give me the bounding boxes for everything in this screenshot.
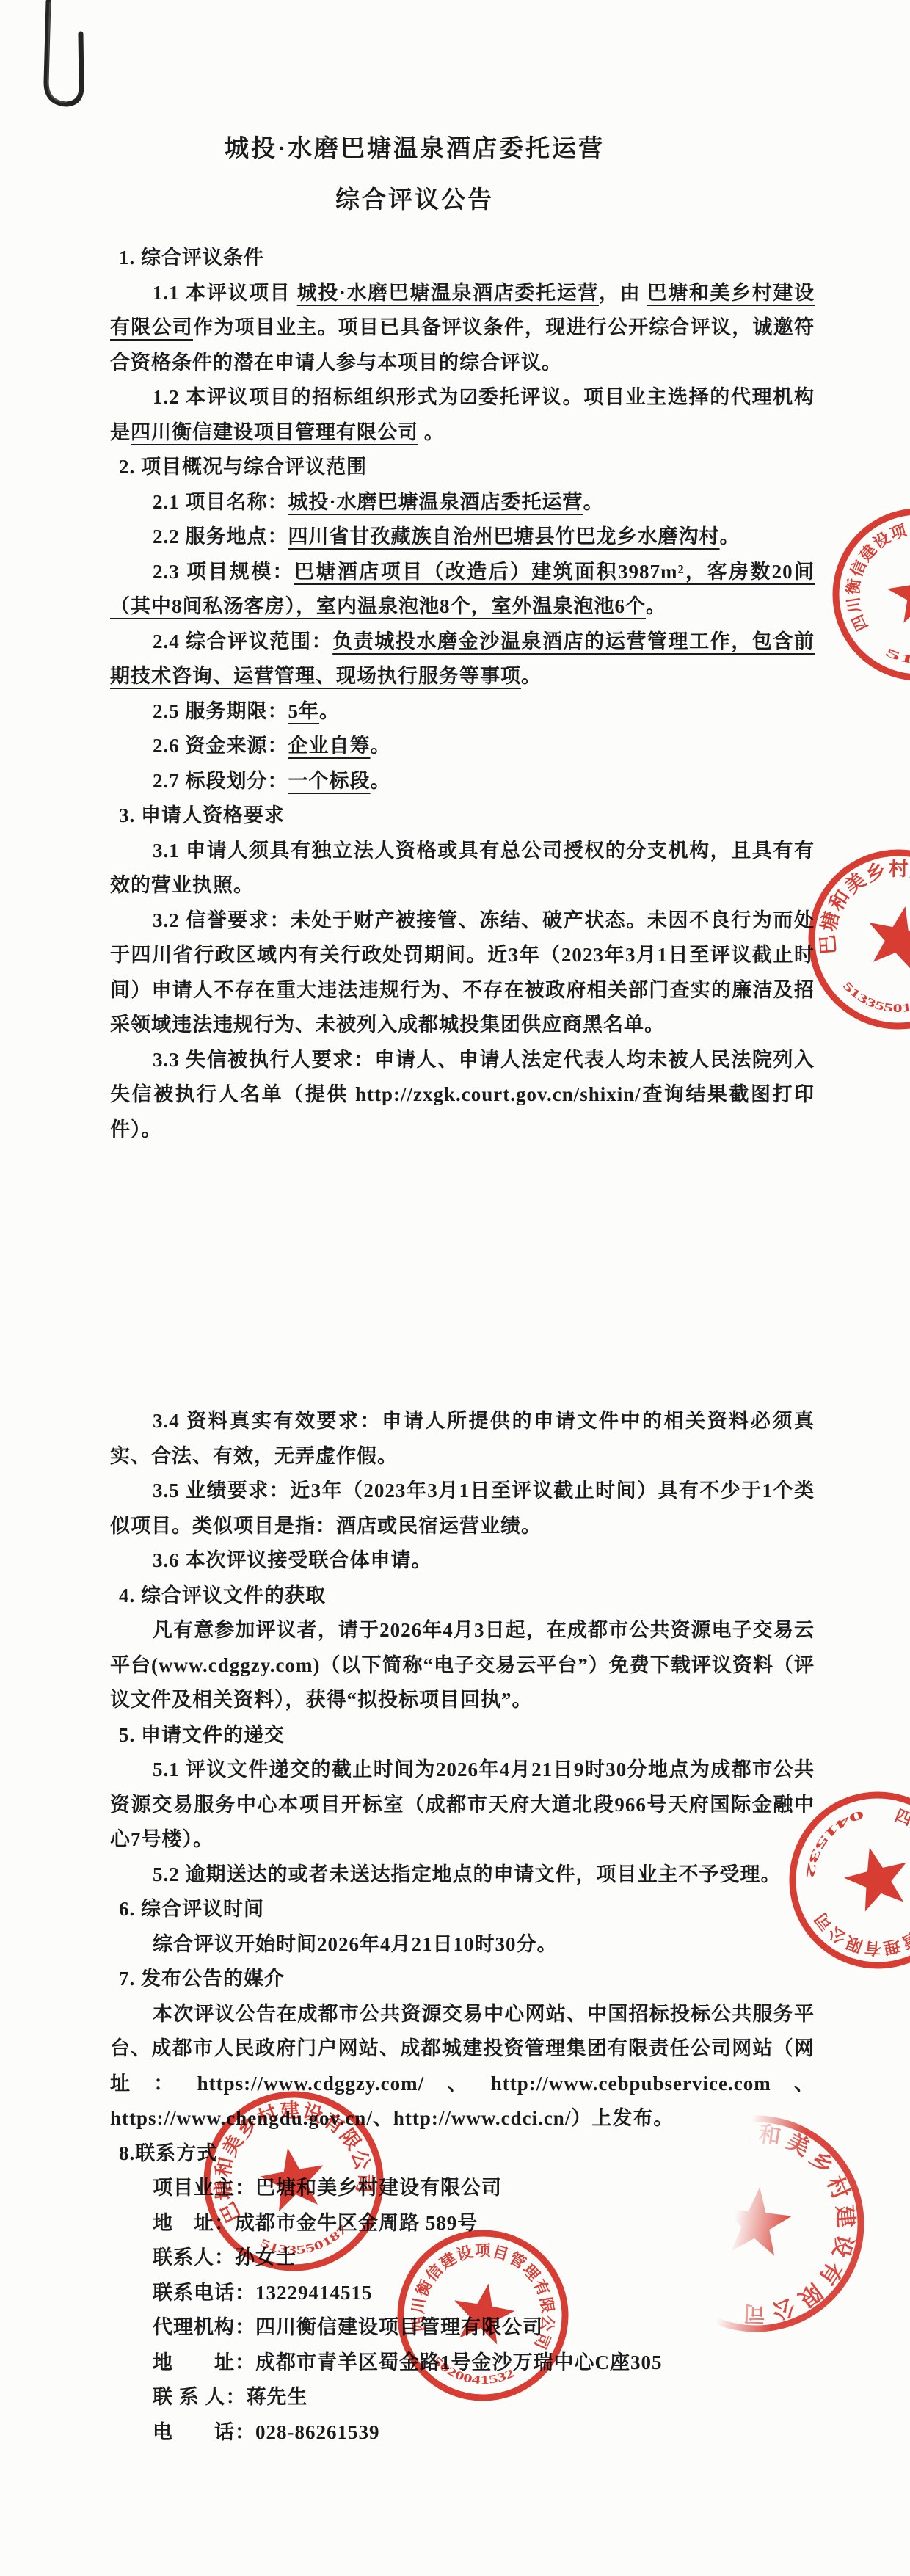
paragraph-11: 3.2 信誉要求：未处于财产被接管、冻结、破产状态。未因不良行为而处于四川省行政…: [110, 903, 815, 1043]
text-segment: 地 址：成都市金牛区金周路 589号: [153, 2212, 478, 2234]
text-segment: 。: [720, 525, 740, 547]
text-segment: 1.1 本评议项目: [153, 282, 297, 304]
text-segment: 企业自筹: [288, 735, 371, 757]
section-heading-5: 5. 申请文件的递交: [110, 1718, 815, 1753]
text-segment: 凡有意参加评议者，请于2026年4月3日起，在成都市公共资源电子交易云平台(ww…: [110, 1619, 815, 1711]
contact-line-1: 项目业主：巴塘和美乡村建设有限公司: [110, 2171, 815, 2206]
svg-text:四川衡信建设项目管理有限公司: 四川衡信建设项目管理有限公司: [835, 510, 910, 634]
announcement-document: 城投·水磨巴塘温泉酒店委托运营 综合评议公告 1. 综合评议条件1.1 本评议项…: [110, 0, 815, 2450]
section-heading-8: 8.联系方式: [110, 2136, 815, 2172]
paragraph-15: 3.6 本次评议接受联合体申请。: [110, 1543, 815, 1579]
contact-line-5: 代理机构：四川衡信建设项目管理有限公司: [110, 2310, 815, 2346]
text-segment: 2.4 综合评议范围：: [153, 630, 332, 652]
text-segment: 联 系 人：蒋先生: [153, 2386, 308, 2408]
text-segment: 地 址：成都市青羊区蜀金路1号金沙万瑞中心C座305: [153, 2351, 663, 2373]
document-title-line-2: 综合评议公告: [110, 175, 719, 226]
paragraph-18: 5.2 逾期送达的或者未送达指定地点的申请文件，项目业主不予受理。: [110, 1858, 815, 1893]
text-segment: 。: [371, 770, 391, 792]
section-heading-3: 3. 申请人资格要求: [110, 798, 815, 834]
contact-line-8: 电 话：028-86261539: [110, 2415, 815, 2451]
text-segment: 5.1 评议文件递交的截止时间为2026年4月21日9时30分地点为成都市公共资…: [110, 1758, 815, 1850]
section-heading-7: 7. 发布公告的媒介: [110, 1962, 815, 1997]
page-break-gap: [110, 1147, 815, 1404]
paperclip-icon: [38, 0, 91, 117]
paragraph-8: 2.6 资金来源：企业自筹。: [110, 729, 815, 764]
text-segment: 综合评议开始时间2026年4月21日10时30分。: [153, 1933, 558, 1955]
text-segment: 作为项目业主。项目已具备评议条件，现进行公开综合评议，诚邀符合资格条件的潜在申请…: [110, 316, 815, 374]
svg-text:巴塘和美乡村建设有限公司: 巴塘和美乡村建设有限公司: [811, 842, 910, 988]
svg-text:5133550187: 5133550187: [837, 978, 910, 1023]
company-seal-hengxin-top-right: 四川衡信建设项目管理有限公司511502: [820, 496, 910, 693]
text-segment: 。: [583, 491, 604, 513]
text-segment: 四川省甘孜藏族自治州巴塘县竹巴龙乡水磨沟村: [288, 525, 720, 547]
text-segment: 城投·水磨巴塘温泉酒店委托运营: [297, 282, 599, 304]
text-segment: 联系电话：13229414515: [153, 2282, 373, 2304]
text-segment: 3.1 申请人须具有独立法人资格或具有总公司授权的分支机构，且具有有效的营业执照…: [110, 840, 815, 897]
section-heading-4: 4. 综合评议文件的获取: [110, 1579, 815, 1614]
text-segment: 8.联系方式: [119, 2142, 217, 2164]
paragraph-16: 凡有意参加评议者，请于2026年4月3日起，在成都市公共资源电子交易云平台(ww…: [110, 1613, 815, 1718]
paragraph-2: 1.2 本评议项目的招标组织形式为☑委托评议。项目业主选择的代理机构是四川衡信建…: [110, 380, 815, 450]
paragraph-10: 3.1 申请人须具有独立法人资格或具有总公司授权的分支机构，且具有有效的营业执照…: [110, 834, 815, 903]
text-segment: 5.2 逾期送达的或者未送达指定地点的申请文件，项目业主不予受理。: [153, 1863, 782, 1885]
paragraph-19: 综合评议开始时间2026年4月21日10时30分。: [110, 1927, 815, 1962]
text-segment: 2.7 标段划分：: [153, 770, 288, 792]
text-segment: 3.2 信誉要求：未处于财产被接管、冻结、破产状态。未因不良行为而处于四川省行政…: [110, 909, 815, 1036]
text-segment: 。: [418, 421, 445, 443]
text-segment: 3.6 本次评议接受联合体申请。: [153, 1549, 432, 1571]
document-title-line-1: 城投·水磨巴塘温泉酒店委托运营: [110, 123, 719, 175]
text-segment: 2. 项目概况与综合评议范围: [119, 456, 367, 478]
paragraph-6: 2.4 综合评议范围：负责城投水磨金沙温泉酒店的运营管理工作，包含前期技术咨询、…: [110, 625, 815, 694]
text-segment: 6. 综合评议时间: [119, 1898, 264, 1920]
text-segment: 3.4 资料真实有效要求：申请人所提供的申请文件中的相关资料必须真实、合法、有效…: [110, 1410, 815, 1467]
section-heading-2: 2. 项目概况与综合评议范围: [110, 450, 815, 485]
text-segment: 。: [646, 595, 666, 617]
paragraph-17: 5.1 评议文件递交的截止时间为2026年4月21日9时30分地点为成都市公共资…: [110, 1753, 815, 1858]
text-segment: 2.6 资金来源：: [153, 735, 288, 757]
text-segment: 5. 申请文件的递交: [119, 1724, 285, 1746]
contact-line-7: 联 系 人：蒋先生: [110, 2380, 815, 2415]
paragraph-1: 1.1 本评议项目 城投·水磨巴塘温泉酒店委托运营，由 巴塘和美乡村建设有限公司…: [110, 276, 815, 381]
text-segment: 项目业主：巴塘和美乡村建设有限公司: [153, 2177, 502, 2199]
paragraph-4: 2.2 服务地点：四川省甘孜藏族自治州巴塘县竹巴龙乡水磨沟村。: [110, 520, 815, 555]
text-segment: 3.3 失信被执行人要求：申请人、申请人法定代表人均未被人民法院列入失信被执行人…: [110, 1049, 815, 1140]
text-segment: 。: [371, 735, 391, 757]
text-segment: 2.2 服务地点：: [153, 525, 288, 547]
contact-line-6: 地 址：成都市青羊区蜀金路1号金沙万瑞中心C座305: [110, 2346, 815, 2381]
paragraph-13: 3.4 资料真实有效要求：申请人所提供的申请文件中的相关资料必须真实、合法、有效…: [110, 1404, 815, 1474]
text-segment: 7. 发布公告的媒介: [119, 1968, 285, 1990]
section-heading-6: 6. 综合评议时间: [110, 1892, 815, 1927]
svg-text:511502: 511502: [881, 635, 910, 672]
text-segment: 电 话：028-86261539: [153, 2421, 380, 2443]
paragraph-20: 本次评议公告在成都市公共资源交易中心网站、中国招标投标公共服务平台、成都市人民政…: [110, 1997, 815, 2136]
text-segment: 。: [521, 665, 542, 687]
svg-text:四川衡信建设项目管理有限公司: 四川衡信建设项目管理有限公司: [804, 1801, 910, 1981]
paragraph-3: 2.1 项目名称：城投·水磨巴塘温泉酒店委托运营。: [110, 485, 815, 520]
paragraph-7: 2.5 服务期限：5年。: [110, 694, 815, 729]
text-segment: 3. 申请人资格要求: [119, 804, 285, 826]
contact-line-4: 联系电话：13229414515: [110, 2276, 815, 2311]
paragraph-12: 3.3 失信被执行人要求：申请人、申请人法定代表人均未被人民法院列入失信被执行人…: [110, 1043, 815, 1148]
document-body: 1. 综合评议条件1.1 本评议项目 城投·水磨巴塘温泉酒店委托运营，由 巴塘和…: [110, 241, 815, 2450]
text-segment: 2.5 服务期限：: [153, 700, 288, 722]
text-segment: 一个标段: [288, 770, 371, 792]
text-segment: 代理机构：四川衡信建设项目管理有限公司: [153, 2316, 543, 2338]
text-segment: 2.3 项目规模：: [153, 561, 294, 583]
text-segment: 联系人：孙女士: [153, 2246, 296, 2268]
paragraph-14: 3.5 业绩要求：近3年（2023年3月1日至评议截止时间）具有不少于1个类似项…: [110, 1474, 815, 1543]
paragraph-9: 2.7 标段划分：一个标段。: [110, 764, 815, 799]
text-segment: 四川衡信建设项目管理有限公司: [131, 421, 418, 443]
contact-line-2: 地 址：成都市金牛区金周路 589号: [110, 2206, 815, 2241]
text-segment: 2.1 项目名称：: [153, 491, 288, 513]
section-heading-1: 1. 综合评议条件: [110, 241, 815, 276]
text-segment: 3.5 业绩要求：近3年（2023年3月1日至评议截止时间）具有不少于1个类似项…: [110, 1480, 815, 1537]
paragraph-5: 2.3 项目规模：巴塘酒店项目（改造后）建筑面积3987m²，客房数20间（其中…: [110, 555, 815, 625]
text-segment: ，由: [599, 282, 647, 304]
contact-line-3: 联系人：孙女士: [110, 2241, 815, 2276]
text-segment: 城投·水磨巴塘温泉酒店委托运营: [288, 491, 583, 513]
text-segment: 本次评议公告在成都市公共资源交易中心网站、中国招标投标公共服务平台、成都市人民政…: [110, 2003, 815, 2130]
document-title: 城投·水磨巴塘温泉酒店委托运营 综合评议公告: [110, 0, 719, 226]
text-segment: 。: [319, 700, 340, 722]
text-segment: 1. 综合评议条件: [119, 247, 264, 269]
text-segment: 4. 综合评议文件的获取: [119, 1584, 326, 1607]
text-segment: 5年: [288, 700, 320, 722]
